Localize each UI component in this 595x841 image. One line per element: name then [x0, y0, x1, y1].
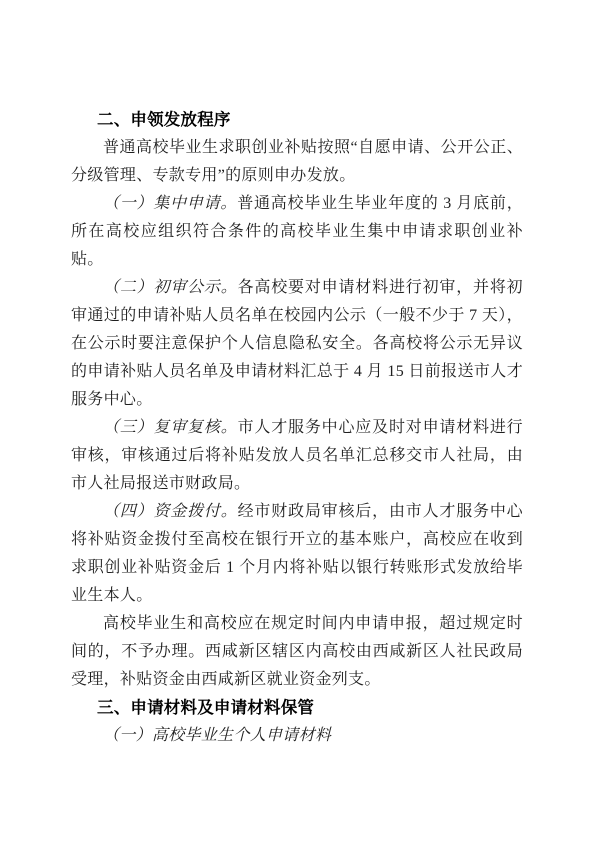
deadline-note-paragraph: 高校毕业生和高校应在规定时间内申请申报，超过规定时间的，不予办理。西咸新区辖区内…: [71, 610, 523, 694]
step-3-lead: （三）复审复核。: [103, 419, 238, 436]
step-1-lead: （一）集中申请。: [103, 195, 237, 212]
section-3-heading: 三、申请材料及申请材料保管: [71, 694, 523, 722]
section-2-heading: 二、申领发放程序: [71, 106, 523, 134]
section-2-intro-paragraph: 普通高校毕业生求职创业补贴按照“自愿申请、公开公正、分级管理、专款专用”的原则申…: [71, 134, 523, 190]
step-2-text: 各高校要对申请材料进行初审，并将初审通过的申请补贴人员名单在校园内公示（一般不少…: [71, 279, 523, 408]
step-4-lead: （四）资金拨付。: [103, 503, 238, 520]
document-body: 二、申领发放程序 普通高校毕业生求职创业补贴按照“自愿申请、公开公正、分级管理、…: [71, 106, 523, 750]
step-2-paragraph: （二）初审公示。各高校要对申请材料进行初审，并将初审通过的申请补贴人员名单在校园…: [71, 274, 523, 414]
step-2-lead: （二）初审公示。: [103, 279, 238, 296]
document-page: 二、申领发放程序 普通高校毕业生求职创业补贴按照“自愿申请、公开公正、分级管理、…: [0, 0, 595, 841]
section-3-sub-heading: （一）高校毕业生个人申请材料: [71, 722, 523, 750]
step-3-paragraph: （三）复审复核。市人才服务中心应及时对申请材料进行审核，审核通过后将补贴发放人员…: [71, 414, 523, 498]
step-4-paragraph: （四）资金拨付。经市财政局审核后，由市人才服务中心将补贴资金拨付至高校在银行开立…: [71, 498, 523, 610]
step-1-paragraph: （一）集中申请。普通高校毕业生毕业年度的 3 月底前，所在高校应组织符合条件的高…: [71, 190, 523, 274]
